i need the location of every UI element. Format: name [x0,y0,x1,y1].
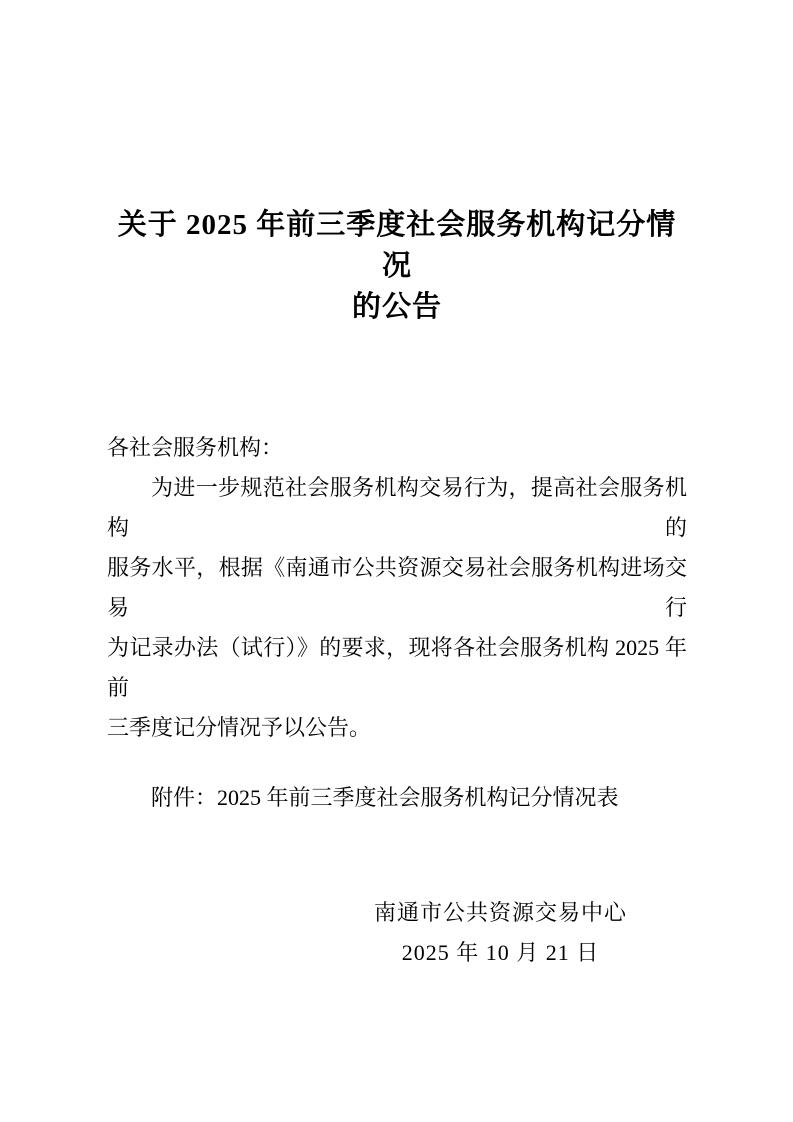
document-page: 关于 2025 年前三季度社会服务机构记分情况 的公告 各社会服务机构： 为进一… [0,0,793,1122]
paragraph-line: 为记录办法（试行）》的要求，现将各社会服务机构 2025 年前 [107,628,687,708]
paragraph-line: 三季度记分情况予以公告。 [107,708,687,748]
document-body: 各社会服务机构： 为进一步规范社会服务机构交易行为，提高社会服务机构的 服务水平… [107,428,687,973]
paragraph-line: 服务水平，根据《南通市公共资源交易社会服务机构进场交易行 [107,548,687,628]
paragraph-line: 为进一步规范社会服务机构交易行为，提高社会服务机构的 [107,468,687,548]
body-paragraph: 为进一步规范社会服务机构交易行为，提高社会服务机构的 服务水平，根据《南通市公共… [107,468,687,748]
document-title: 关于 2025 年前三季度社会服务机构记分情况 的公告 [107,205,687,328]
signature-organization: 南通市公共资源交易中心 [374,893,627,933]
salutation-line: 各社会服务机构： [107,428,687,468]
document-title-line-1: 关于 2025 年前三季度社会服务机构记分情况 [107,205,687,287]
signature-date: 2025 年 10 月 21 日 [374,933,627,973]
attachment-line: 附件：2025 年前三季度社会服务机构记分情况表 [107,778,687,818]
signature-block: 南通市公共资源交易中心 2025 年 10 月 21 日 [374,893,627,973]
document-title-line-2: 的公告 [107,287,687,328]
